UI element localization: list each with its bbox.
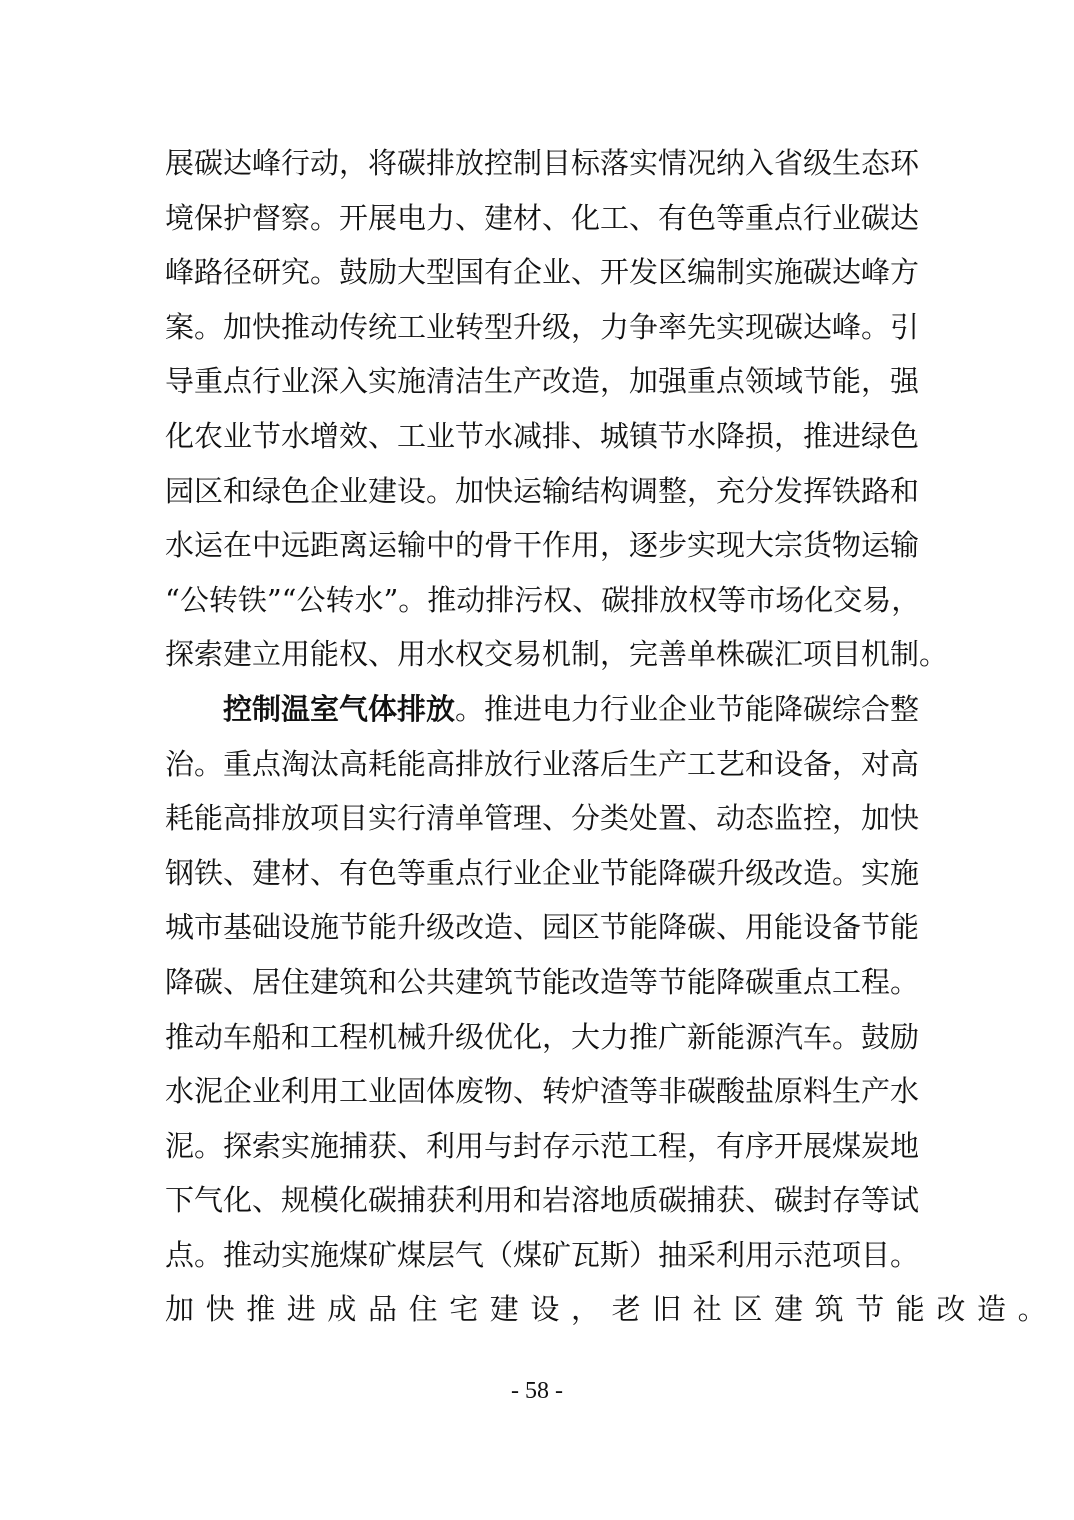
paragraph-first-line: 控制温室气体排放。推进电力行业企业节能降碳综合整 [165,682,915,737]
text-line: 境保护督察。开展电力、建材、化工、有色等重点行业碳达 [165,191,915,246]
text-line: 案。加快推动传统工业转型升级，力争率先实现碳达峰。引 [165,300,915,355]
text-line: 园区和绿色企业建设。加快运输结构调整，充分发挥铁路和 [165,464,915,519]
text-line: 城市基础设施节能升级改造、园区节能降碳、用能设备节能 [165,900,915,955]
section-heading: 控制温室气体排放 [223,692,455,726]
text-line: 点。推动实施煤矿煤层气（煤矿瓦斯）抽采利用示范项目。 [165,1228,915,1283]
text-line: 化农业节水增效、工业节水减排、城镇节水降损，推进绿色 [165,409,915,464]
text-line: 探索建立用能权、用水权交易机制，完善单株碳汇项目机制。 [165,627,915,682]
text-line: 钢铁、建材、有色等重点行业企业节能降碳升级改造。实施 [165,846,915,901]
text-line: 治。重点淘汰高耗能高排放行业落后生产工艺和设备，对高 [165,737,915,792]
document-page: 展碳达峰行动，将碳排放控制目标落实情况纳入省级生态环 境保护督察。开展电力、建材… [0,0,1074,1520]
text-line: 峰路径研究。鼓励大型国有企业、开发区编制实施碳达峰方 [165,245,915,300]
text-line: 水泥企业利用工业固体废物、转炉渣等非碳酸盐原料生产水 [165,1064,915,1119]
text-line: 加快推进成品住宅建设，老旧社区建筑节能改造。 [165,1282,915,1337]
text-line: 水运在中远距离运输中的骨干作用，逐步实现大宗货物运输 [165,518,915,573]
text-line: “公转铁”“公转水”。推动排污权、碳排放权等市场化交易， [165,573,915,628]
text-line: 展碳达峰行动，将碳排放控制目标落实情况纳入省级生态环 [165,136,915,191]
text-line: 泥。探索实施捕获、利用与封存示范工程，有序开展煤炭地 [165,1119,915,1174]
text-line: 下气化、规模化碳捕获利用和岩溶地质碳捕获、碳封存等试 [165,1173,915,1228]
text-line: 耗能高排放项目实行清单管理、分类处置、动态监控，加快 [165,791,915,846]
text-line: 降碳、居住建筑和公共建筑节能改造等节能降碳重点工程。 [165,955,915,1010]
body-text: 展碳达峰行动，将碳排放控制目标落实情况纳入省级生态环 境保护督察。开展电力、建材… [165,136,915,1337]
page-number: - 58 - [0,1378,1074,1405]
text-run: 。推进电力行业企业节能降碳综合整 [455,692,919,726]
text-line: 导重点行业深入实施清洁生产改造，加强重点领域节能，强 [165,354,915,409]
text-line: 推动车船和工程机械升级优化，大力推广新能源汽车。鼓励 [165,1010,915,1065]
